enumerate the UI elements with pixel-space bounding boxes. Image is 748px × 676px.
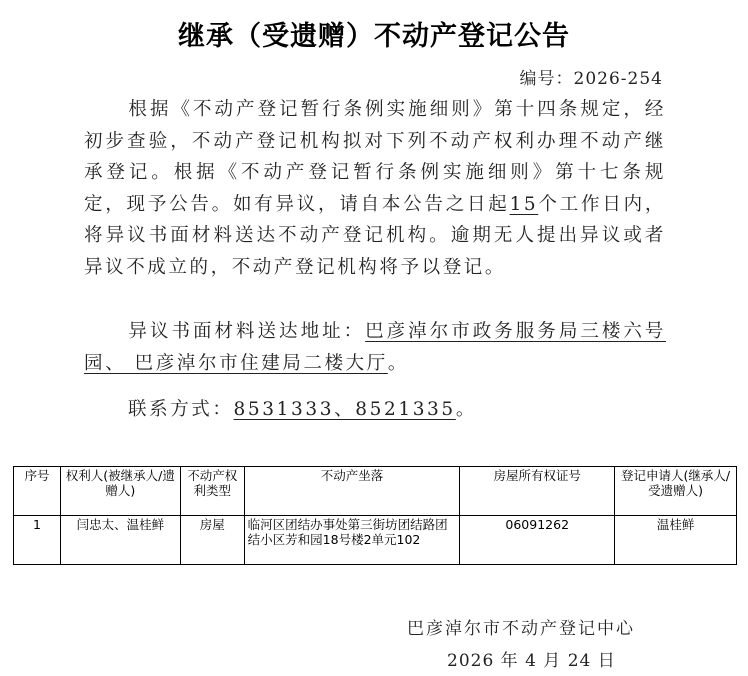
header-right-type: 不动产权利类型	[180, 467, 244, 516]
contact-end: 。	[456, 399, 477, 420]
objection-days: 15	[510, 194, 539, 215]
page-title: 继承（受遗赠）不动产登记公告	[0, 14, 748, 53]
cell-right-holder: 闫忠太、温桂鲜	[60, 516, 180, 565]
cell-applicant: 温桂鲜	[615, 516, 737, 565]
notice-paragraph: 根据《不动产登记暂行条例实施细则》第十四条规定，经初步查验，不动产登记机构拟对下…	[84, 94, 666, 283]
document-number: 编号：2026-254	[520, 64, 663, 89]
cell-certificate-no: 06091262	[460, 516, 615, 565]
contact-value: 8531333、8521335	[234, 399, 456, 420]
header-index: 序号	[14, 467, 61, 516]
header-location: 不动产坐落	[244, 467, 460, 516]
cell-index: 1	[14, 516, 61, 565]
contact-paragraph: 联系方式：8531333、8521335。	[84, 394, 666, 426]
issue-date: 2026 年 4 月 24 日	[447, 646, 616, 671]
cell-right-type: 房屋	[180, 516, 244, 565]
address-paragraph: 异议书面材料送达地址：巴彦淖尔市政务服务局三楼六号园、 巴彦淖尔市住建局二楼大厅…	[84, 316, 666, 379]
address-end: 。	[388, 353, 409, 374]
table-header-row: 序号 权利人(被继承人/遗赠人) 不动产权利类型 不动产坐落 房屋所有权证号 登…	[14, 467, 737, 516]
header-certificate-no: 房屋所有权证号	[460, 467, 615, 516]
header-applicant: 登记申请人(继承人/受遗赠人)	[615, 467, 737, 516]
issuing-organization: 巴彦淖尔市不动产登记中心	[407, 614, 635, 639]
contact-label: 联系方式：	[128, 399, 234, 420]
registration-table: 序号 权利人(被继承人/遗赠人) 不动产权利类型 不动产坐落 房屋所有权证号 登…	[13, 466, 737, 565]
cell-location: 临河区团结办事处第三街坊团结路团结小区芳和园18号楼2单元102	[244, 516, 460, 565]
address-label: 异议书面材料送达地址：	[128, 321, 365, 342]
table-row: 1 闫忠太、温桂鲜 房屋 临河区团结办事处第三街坊团结路团结小区芳和园18号楼2…	[14, 516, 737, 565]
header-right-holder: 权利人(被继承人/遗赠人)	[60, 467, 180, 516]
